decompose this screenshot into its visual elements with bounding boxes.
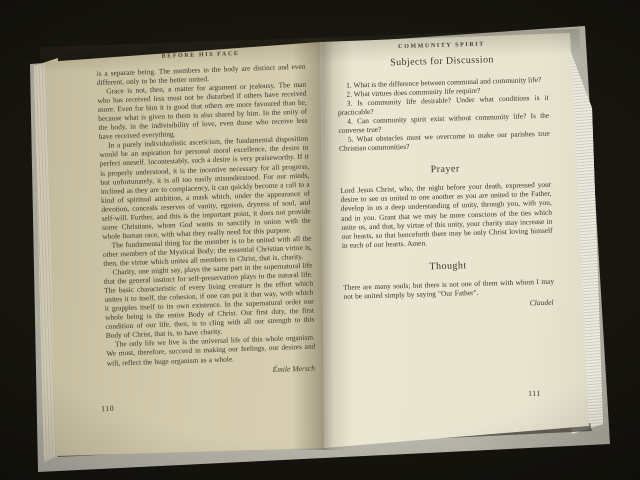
prayer-text: Lord Jesus Christ, who, the night before… [340,180,553,250]
question-number: 1. [346,81,352,90]
left-paragraph: Charity, one might say, plays the same p… [103,261,314,341]
question-number: 4. [347,117,353,126]
left-page-number: 110 [101,404,115,413]
right-page-text: COMMUNITY SPIRIT Subjects for Discussion… [336,40,555,313]
right-page-number: 111 [528,389,541,398]
left-paragraph: In a purely individualistic asceticism, … [99,134,311,241]
discussion-question-list: 1. What is the difference between commun… [337,75,550,154]
thought-text: There are many souls; but there is not o… [343,276,554,300]
question-number: 3. [347,99,353,108]
thought-heading: Thought [342,257,553,274]
left-paragraph: Grace is not, then, a matter for argumen… [97,80,308,142]
left-page-text: BEFORE HIS FACE is a separate being. The… [96,49,316,380]
question-number: 2. [346,90,352,99]
section-title-discussion: Subjects for Discussion [336,53,547,70]
question-number: 5. [348,135,354,144]
book-photo: BEFORE HIS FACE is a separate being. The… [0,0,640,480]
prayer-heading: Prayer [340,161,551,178]
